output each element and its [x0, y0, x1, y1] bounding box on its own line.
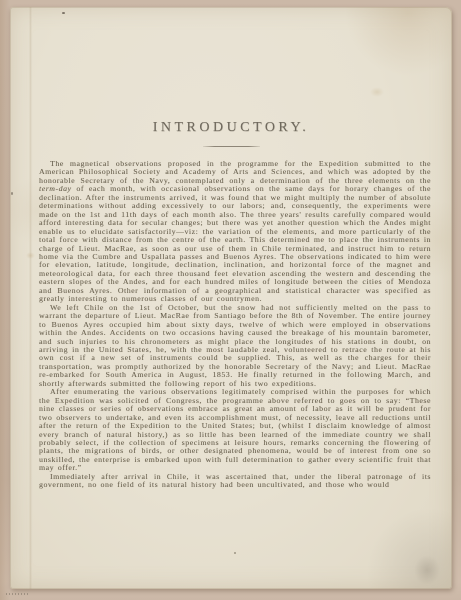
paragraph-1-text-cont: of each month, with occasional observati…	[39, 184, 431, 303]
paper-speck	[234, 552, 236, 554]
paper-stain	[370, 87, 384, 97]
paper-speck	[11, 192, 13, 195]
paragraph-1-text: The magnetical observations proposed in …	[39, 159, 431, 185]
book-page: INTRODUCTORY. The magnetical observation…	[10, 7, 452, 589]
binding-crease	[29, 7, 32, 589]
body-text: The magnetical observations proposed in …	[39, 160, 431, 490]
paper-speck	[62, 12, 65, 14]
paper-stain	[26, 252, 35, 259]
scan-backing: INTRODUCTORY. The magnetical observation…	[0, 0, 461, 600]
paragraph-1: The magnetical observations proposed in …	[39, 160, 431, 304]
scan-credit-mark	[6, 593, 30, 595]
paragraph-2: We left Chile on the 1st of October, but…	[39, 304, 431, 389]
page-title: INTRODUCTORY.	[10, 7, 452, 136]
paragraph-4: Immediately after arrival in Chile, it w…	[39, 473, 431, 490]
paragraph-3: After enumerating the various observatio…	[39, 388, 431, 473]
title-rule	[203, 146, 260, 147]
paper-stain	[414, 555, 440, 585]
